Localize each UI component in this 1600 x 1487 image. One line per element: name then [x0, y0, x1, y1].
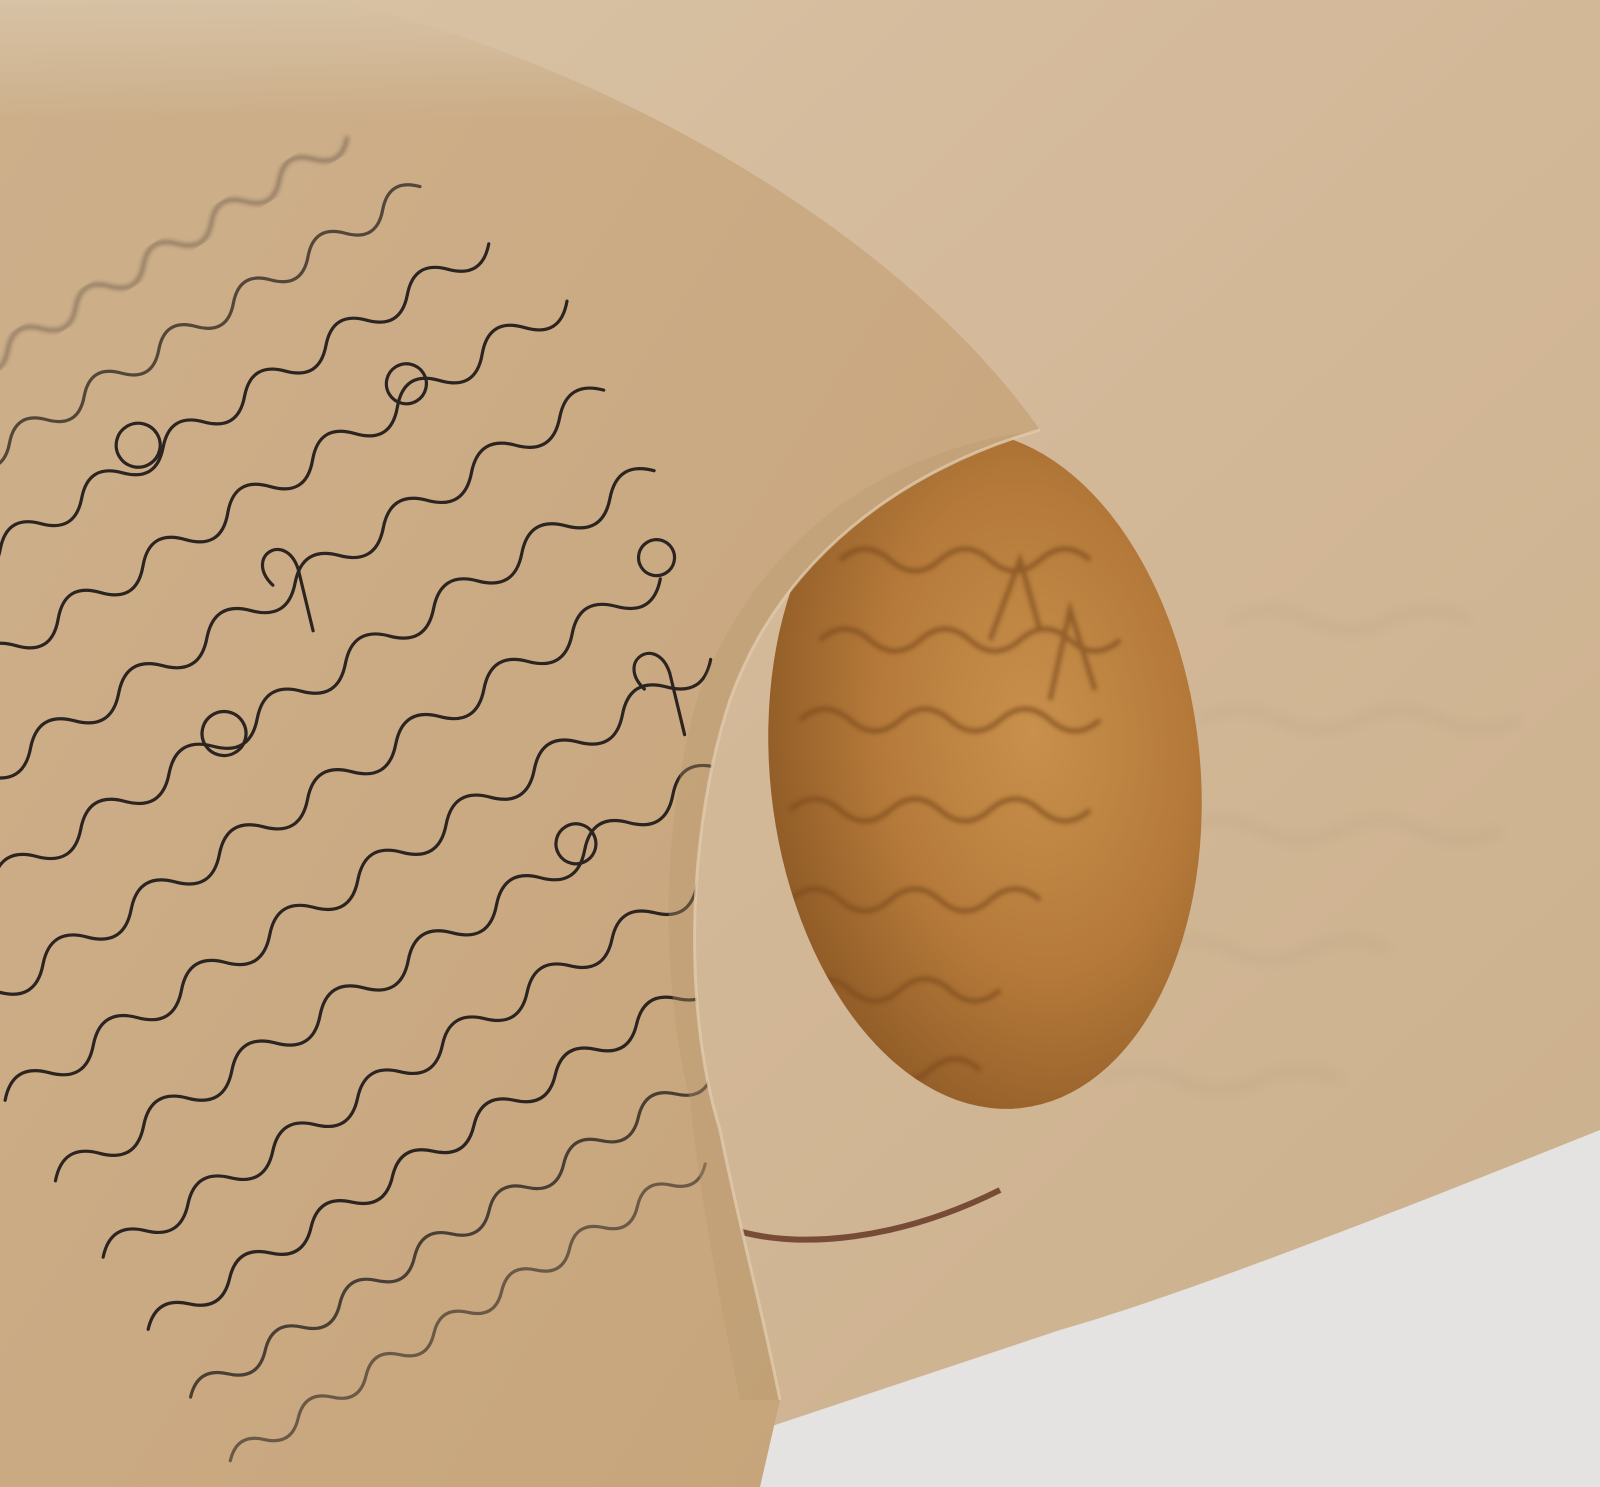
photo-scene: Roll of kraft wrapping paper with printe… — [0, 0, 1600, 1487]
kraft-paper-roll-illustration — [0, 0, 1600, 1487]
